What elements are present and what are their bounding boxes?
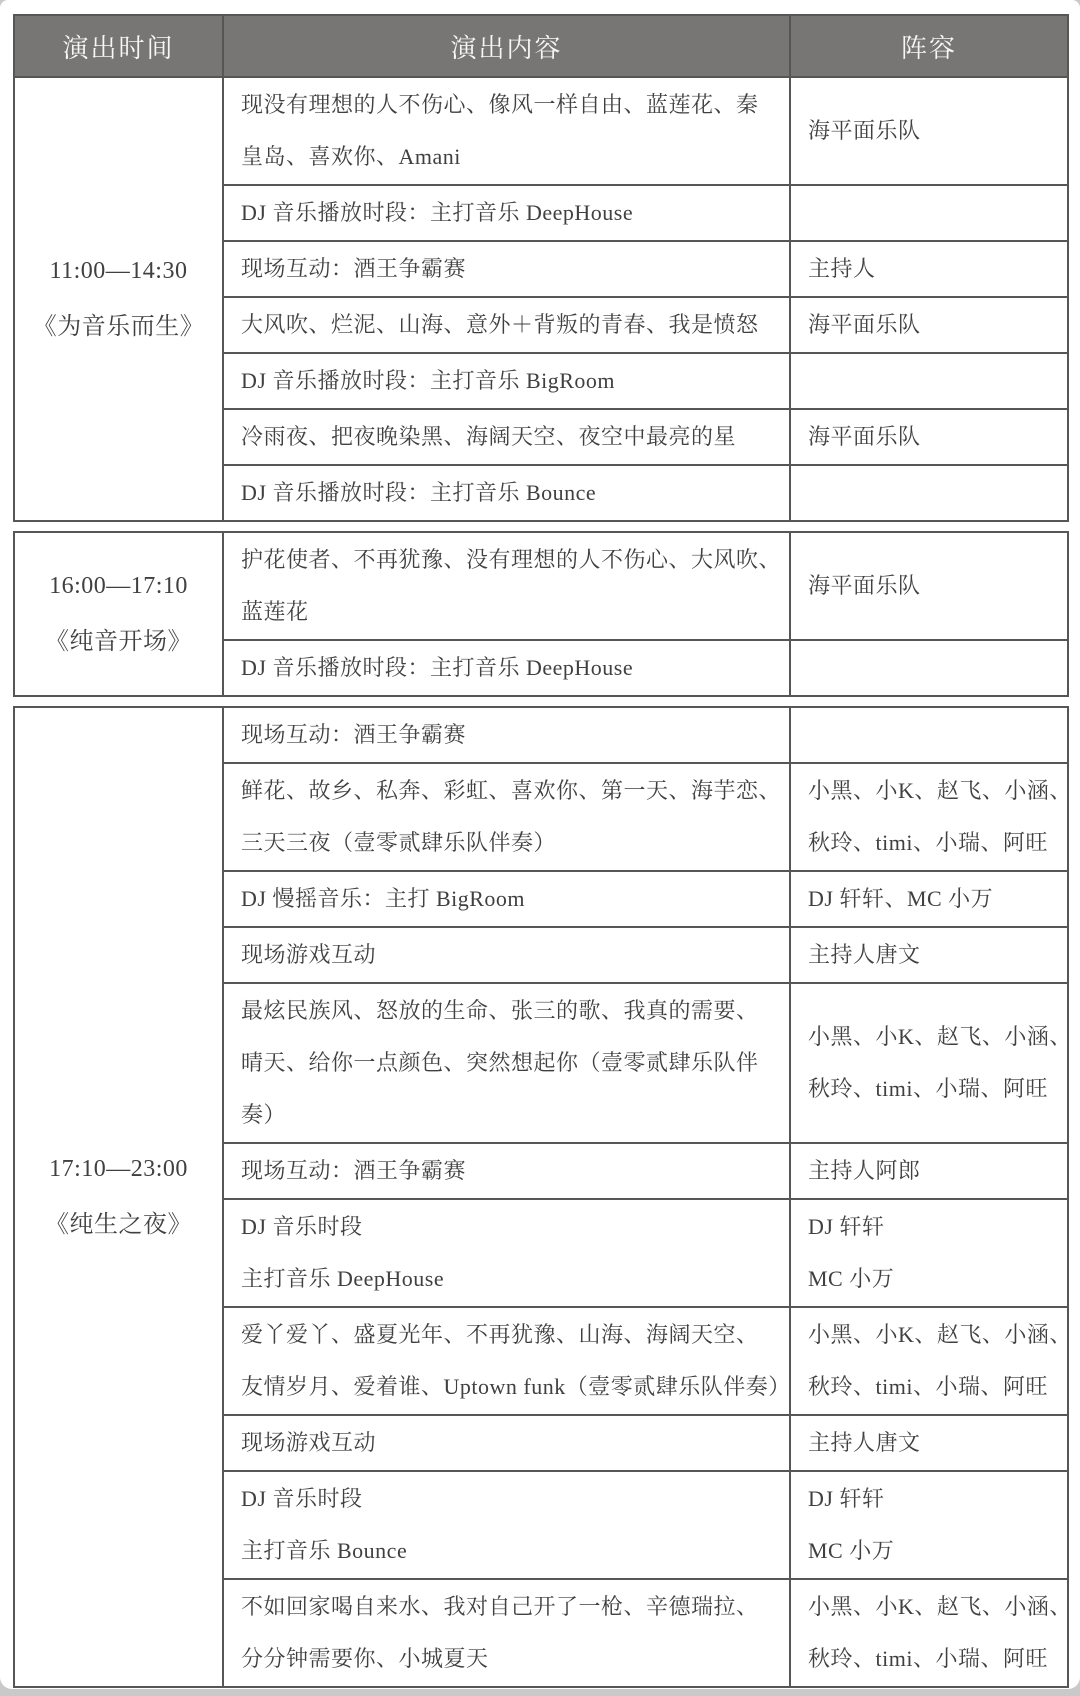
lineup-line: 主持人唐文 [808, 1417, 1062, 1469]
lineup-cell: 海平面乐队 [790, 77, 1068, 185]
content-cell: 不如回家喝自来水、我对自己开了一枪、辛德瑞拉、分分钟需要你、小城夏天 [223, 1579, 790, 1687]
column-header-2: 演出内容 [223, 15, 790, 77]
lineup-cell [790, 640, 1068, 696]
lineup-line: 小黑、小K、赵飞、小涵、 [808, 1581, 1062, 1633]
lineup-line: 主持人唐文 [808, 929, 1062, 981]
header-row: 演出时间演出内容阵容 [14, 15, 1068, 77]
content-cell: 现场游戏互动 [223, 1415, 790, 1471]
content-line: 爱丫爱丫、盛夏光年、不再犹豫、山海、海阔天空、 [241, 1309, 784, 1361]
content-cell: DJ 音乐播放时段：主打音乐 Bounce [223, 465, 790, 521]
lineup-line: 海平面乐队 [808, 411, 1062, 463]
content-cell: DJ 音乐时段主打音乐 Bounce [223, 1471, 790, 1579]
lineup-line: 海平面乐队 [808, 105, 1062, 157]
schedule-row: 11:00—14:30《为音乐而生》现没有理想的人不伤心、像风一样自由、蓝莲花、… [14, 77, 1068, 185]
content-line: 冷雨夜、把夜晚染黑、海阔天空、夜空中最亮的星 [241, 411, 784, 463]
lineup-cell: 小黑、小K、赵飞、小涵、秋玲、timi、小瑞、阿旺 [790, 763, 1068, 871]
schedule-table-section-1: 演出时间演出内容阵容11:00—14:30《为音乐而生》现没有理想的人不伤心、像… [13, 14, 1069, 522]
content-cell: 鲜花、故乡、私奔、彩虹、喜欢你、第一天、海芋恋、三天三夜（壹零贰肆乐队伴奏） [223, 763, 790, 871]
content-cell: 现场互动：酒王争霸赛 [223, 241, 790, 297]
content-cell: 爱丫爱丫、盛夏光年、不再犹豫、山海、海阔天空、友情岁月、爱着谁、Uptown f… [223, 1307, 790, 1415]
lineup-line: 秋玲、timi、小瑞、阿旺 [808, 817, 1062, 869]
time-cell: 16:00—17:10《纯音开场》 [14, 532, 223, 696]
lineup-line: 小黑、小K、赵飞、小涵、 [808, 765, 1062, 817]
content-line: 奏） [241, 1089, 784, 1141]
content-line: DJ 音乐时段 [241, 1473, 784, 1525]
lineup-cell [790, 465, 1068, 521]
time-range: 17:10—23:00 [15, 1155, 222, 1183]
lineup-cell: 海平面乐队 [790, 532, 1068, 640]
content-line: 护花使者、不再犹豫、没有理想的人不伤心、大风吹、 [241, 534, 784, 586]
lineup-line: 秋玲、timi、小瑞、阿旺 [808, 1633, 1062, 1685]
content-line: 主打音乐 Bounce [241, 1525, 784, 1577]
lineup-line: DJ 轩轩 [808, 1201, 1062, 1253]
content-line: 分分钟需要你、小城夏天 [241, 1633, 784, 1685]
content-line: 大风吹、烂泥、山海、意外＋背叛的青春、我是愤怒 [241, 299, 784, 351]
lineup-cell [790, 185, 1068, 241]
lineup-cell [790, 353, 1068, 409]
content-line: 现场互动：酒王争霸赛 [241, 709, 784, 761]
content-line: 现没有理想的人不伤心、像风一样自由、蓝莲花、秦 [241, 79, 784, 131]
schedule-page: 演出时间演出内容阵容11:00—14:30《为音乐而生》现没有理想的人不伤心、像… [0, 0, 1080, 1689]
time-range: 16:00—17:10 [15, 572, 222, 600]
lineup-cell: DJ 轩轩MC 小万 [790, 1199, 1068, 1307]
program-title: 《为音乐而生》 [15, 313, 222, 341]
lineup-line: 主持人阿郎 [808, 1145, 1062, 1197]
content-cell: DJ 音乐播放时段：主打音乐 DeepHouse [223, 640, 790, 696]
lineup-cell: 小黑、小K、赵飞、小涵、秋玲、timi、小瑞、阿旺 [790, 1579, 1068, 1687]
content-line: DJ 音乐播放时段：主打音乐 BigRoom [241, 355, 784, 407]
lineup-line: 海平面乐队 [808, 560, 1062, 612]
lineup-cell: 小黑、小K、赵飞、小涵、秋玲、timi、小瑞、阿旺 [790, 1307, 1068, 1415]
content-cell: 现场互动：酒王争霸赛 [223, 707, 790, 763]
content-cell: 护花使者、不再犹豫、没有理想的人不伤心、大风吹、蓝莲花 [223, 532, 790, 640]
content-line: 蓝莲花 [241, 586, 784, 638]
content-line: 三天三夜（壹零贰肆乐队伴奏） [241, 817, 784, 869]
lineup-cell: 海平面乐队 [790, 409, 1068, 465]
lineup-cell: 主持人 [790, 241, 1068, 297]
content-cell: 现场互动：酒王争霸赛 [223, 1143, 790, 1199]
lineup-line: 主持人 [808, 243, 1062, 295]
lineup-cell: 主持人唐文 [790, 927, 1068, 983]
content-line: 现场互动：酒王争霸赛 [241, 243, 784, 295]
lineup-cell: 海平面乐队 [790, 297, 1068, 353]
content-cell: 现场游戏互动 [223, 927, 790, 983]
content-cell: DJ 音乐播放时段：主打音乐 BigRoom [223, 353, 790, 409]
column-header-3: 阵容 [790, 15, 1068, 77]
content-line: 最炫民族风、怒放的生命、张三的歌、我真的需要、 [241, 985, 784, 1037]
content-cell: 大风吹、烂泥、山海、意外＋背叛的青春、我是愤怒 [223, 297, 790, 353]
content-cell: DJ 音乐时段主打音乐 DeepHouse [223, 1199, 790, 1307]
lineup-cell: DJ 轩轩、MC 小万 [790, 871, 1068, 927]
time-cell: 11:00—14:30《为音乐而生》 [14, 77, 223, 521]
time-cell: 17:10—23:00《纯生之夜》 [14, 707, 223, 1687]
content-line: 现场互动：酒王争霸赛 [241, 1145, 784, 1197]
content-line: DJ 音乐播放时段：主打音乐 DeepHouse [241, 642, 784, 694]
column-header-1: 演出时间 [14, 15, 223, 77]
content-line: DJ 音乐播放时段：主打音乐 DeepHouse [241, 187, 784, 239]
time-range: 11:00—14:30 [15, 257, 222, 285]
lineup-line: 小黑、小K、赵飞、小涵、 [808, 1011, 1062, 1063]
content-line: 现场游戏互动 [241, 929, 784, 981]
schedule-row: 16:00—17:10《纯音开场》护花使者、不再犹豫、没有理想的人不伤心、大风吹… [14, 532, 1068, 640]
lineup-line: MC 小万 [808, 1253, 1062, 1305]
content-cell: 最炫民族风、怒放的生命、张三的歌、我真的需要、晴天、给你一点颜色、突然想起你（壹… [223, 983, 790, 1143]
lineup-cell: 主持人唐文 [790, 1415, 1068, 1471]
schedule-table-section-3: 17:10—23:00《纯生之夜》现场互动：酒王争霸赛鲜花、故乡、私奔、彩虹、喜… [13, 706, 1069, 1688]
lineup-line: MC 小万 [808, 1525, 1062, 1577]
lineup-line: 秋玲、timi、小瑞、阿旺 [808, 1063, 1062, 1115]
content-line: 皇岛、喜欢你、Amani [241, 131, 784, 183]
lineup-line: 小黑、小K、赵飞、小涵、 [808, 1309, 1062, 1361]
lineup-cell [790, 707, 1068, 763]
lineup-line: 秋玲、timi、小瑞、阿旺 [808, 1361, 1062, 1413]
lineup-cell: DJ 轩轩MC 小万 [790, 1471, 1068, 1579]
content-line: 现场游戏互动 [241, 1417, 784, 1469]
schedule-table-section-2: 16:00—17:10《纯音开场》护花使者、不再犹豫、没有理想的人不伤心、大风吹… [13, 531, 1069, 697]
schedule-tables: 演出时间演出内容阵容11:00—14:30《为音乐而生》现没有理想的人不伤心、像… [0, 0, 1080, 1688]
content-line: 鲜花、故乡、私奔、彩虹、喜欢你、第一天、海芋恋、 [241, 765, 784, 817]
lineup-line: DJ 轩轩 [808, 1473, 1062, 1525]
lineup-cell: 主持人阿郎 [790, 1143, 1068, 1199]
content-line: 不如回家喝自来水、我对自己开了一枪、辛德瑞拉、 [241, 1581, 784, 1633]
content-cell: DJ 慢摇音乐：主打 BigRoom [223, 871, 790, 927]
content-cell: 冷雨夜、把夜晚染黑、海阔天空、夜空中最亮的星 [223, 409, 790, 465]
lineup-line: 海平面乐队 [808, 299, 1062, 351]
content-line: 友情岁月、爱着谁、Uptown funk（壹零贰肆乐队伴奏） [241, 1361, 784, 1413]
content-line: DJ 音乐播放时段：主打音乐 Bounce [241, 467, 784, 519]
program-title: 《纯生之夜》 [15, 1211, 222, 1239]
content-cell: DJ 音乐播放时段：主打音乐 DeepHouse [223, 185, 790, 241]
content-line: 晴天、给你一点颜色、突然想起你（壹零贰肆乐队伴 [241, 1037, 784, 1089]
lineup-cell: 小黑、小K、赵飞、小涵、秋玲、timi、小瑞、阿旺 [790, 983, 1068, 1143]
content-line: DJ 音乐时段 [241, 1201, 784, 1253]
lineup-line: DJ 轩轩、MC 小万 [808, 873, 1062, 925]
content-line: 主打音乐 DeepHouse [241, 1253, 784, 1305]
content-line: DJ 慢摇音乐：主打 BigRoom [241, 873, 784, 925]
schedule-row: 17:10—23:00《纯生之夜》现场互动：酒王争霸赛 [14, 707, 1068, 763]
content-cell: 现没有理想的人不伤心、像风一样自由、蓝莲花、秦皇岛、喜欢你、Amani [223, 77, 790, 185]
program-title: 《纯音开场》 [15, 628, 222, 656]
